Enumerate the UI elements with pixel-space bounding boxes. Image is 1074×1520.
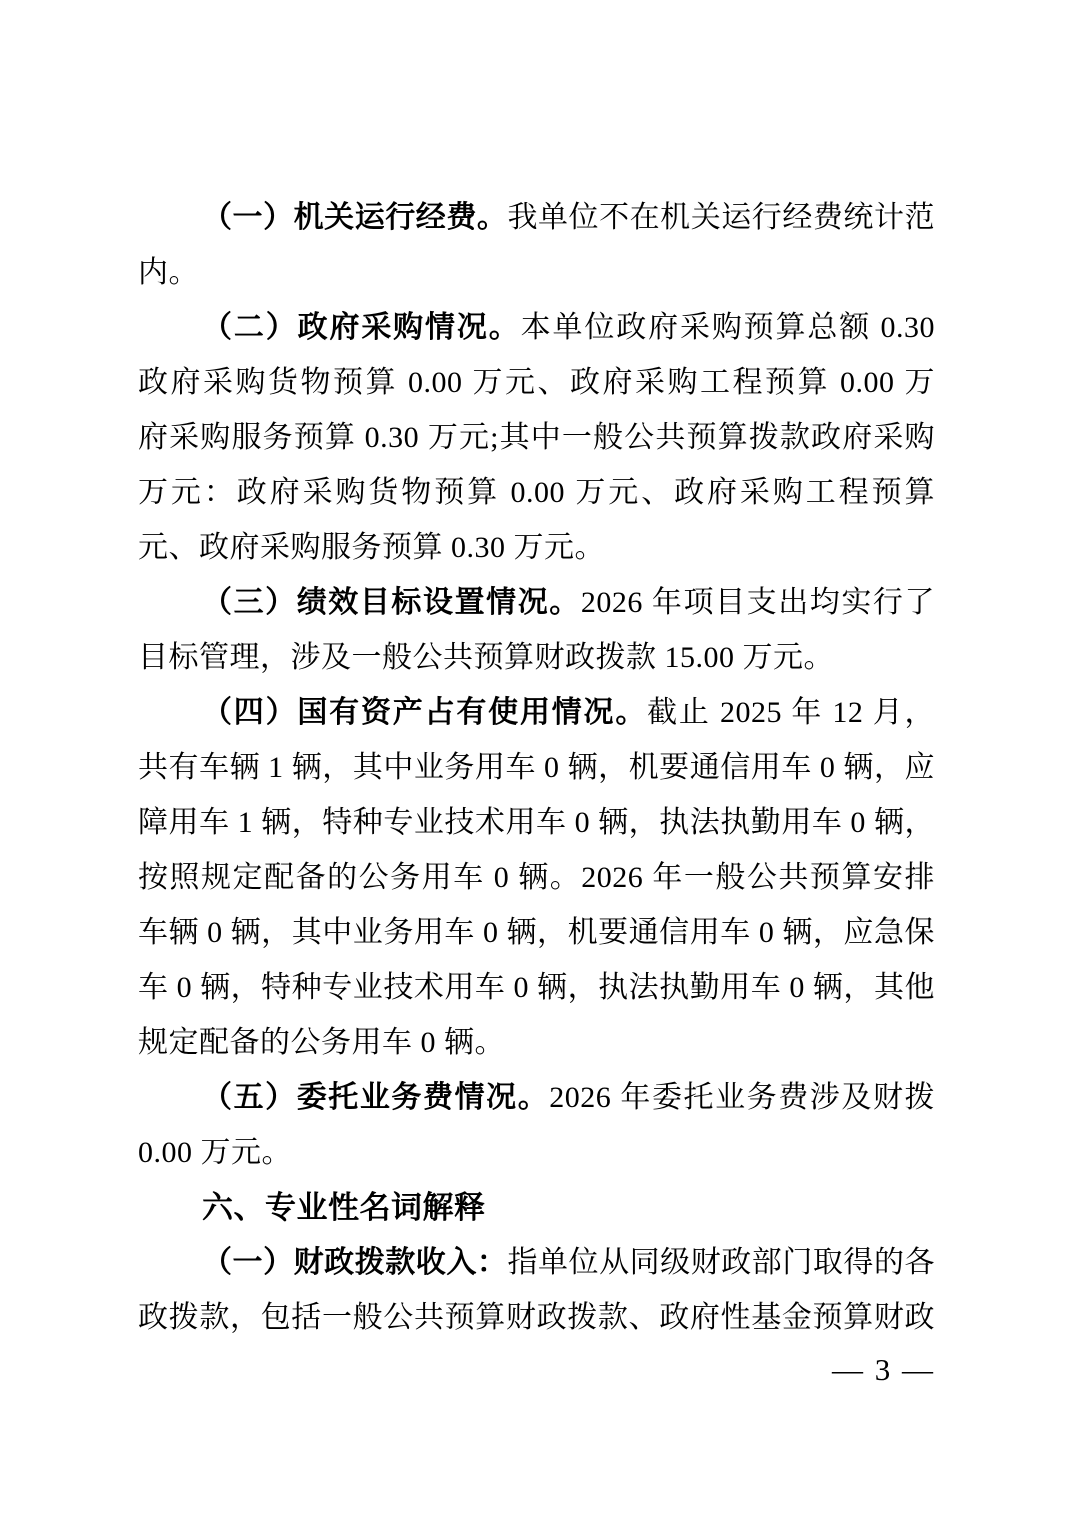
document-body: （一）机关运行经费。我单位不在机关运行经费统计范围之 内。 （二）政府采购情况。… (138, 190, 935, 1345)
line-text: 内。 (138, 256, 199, 289)
text-line: （四）国有资产占有使用情况。截止 2025 年 12 月，本单位 (138, 685, 935, 740)
text-line: 目标管理，涉及一般公共预算财政拨款 15.00 万元。 (138, 630, 935, 685)
text-line: 障用车 1 辆，特种专业技术用车 0 辆，执法执勤用车 0 辆，其他 (138, 795, 935, 850)
text-line: 万元：政府采购货物预算 0.00 万元、政府采购工程预算 0.00 万 (138, 465, 935, 520)
text-line: 共有车辆 1 辆，其中业务用车 0 辆，机要通信用车 0 辆，应急保 (138, 740, 935, 795)
text-line: （一）财政拨款收入：指单位从同级财政部门取得的各类财 (138, 1235, 935, 1290)
text-line: 规定配备的公务用车 0 辆。 (138, 1015, 935, 1070)
section-lead: （三）绩效目标设置情况。 (202, 586, 581, 619)
line-text: 府采购服务预算 0.30 万元;其中一般公共预算拨款政府采购 0.30 (138, 421, 935, 465)
line-text: 0.00 万元。 (138, 1136, 292, 1169)
section-heading: 六、专业性名词解释 (138, 1180, 935, 1235)
section-lead: （一）财政拨款收入： (202, 1246, 507, 1279)
line-text: 车辆 0 辆，其中业务用车 0 辆，机要通信用车 0 辆，应急保障用 (138, 916, 935, 960)
line-text: 障用车 1 辆，特种专业技术用车 0 辆，执法执勤用车 0 辆，其他 (138, 806, 935, 850)
text-line: 元、政府采购服务预算 0.30 万元。 (138, 520, 935, 575)
text-line: 府采购服务预算 0.30 万元;其中一般公共预算拨款政府采购 0.30 (138, 410, 935, 465)
text-line: （三）绩效目标设置情况。2026 年项目支出均实行了绩效 (138, 575, 935, 630)
page-number: — 3 — (832, 1350, 935, 1390)
line-text: 共有车辆 1 辆，其中业务用车 0 辆，机要通信用车 0 辆，应急保 (138, 751, 935, 795)
line-text: 车 0 辆，特种专业技术用车 0 辆，执法执勤用车 0 辆，其他按照 (138, 971, 935, 1015)
section-lead: （四）国有资产占有使用情况。 (202, 696, 647, 729)
text-line: （五）委托业务费情况。2026 年委托业务费涉及财拨资金 (138, 1070, 935, 1125)
line-text: 元、政府采购服务预算 0.30 万元。 (138, 531, 605, 564)
line-text: 目标管理，涉及一般公共预算财政拨款 15.00 万元。 (138, 641, 834, 674)
text-line: 按照规定配备的公务用车 0 辆。2026 年一般公共预算安排购置 (138, 850, 935, 905)
line-text: 政府采购货物预算 0.00 万元、政府采购工程预算 0.00 万元、政 (138, 366, 935, 410)
document-page: （一）机关运行经费。我单位不在机关运行经费统计范围之 内。 （二）政府采购情况。… (0, 0, 1074, 1520)
section-lead: （五）委托业务费情况。 (202, 1081, 549, 1114)
line-text: 万元：政府采购货物预算 0.00 万元、政府采购工程预算 0.00 万 (138, 476, 935, 520)
line-text: 按照规定配备的公务用车 0 辆。2026 年一般公共预算安排购置 (138, 861, 935, 905)
text-line: （二）政府采购情况。本单位政府采购预算总额 0.30 万元： (138, 300, 935, 355)
section-lead: （二）政府采购情况。 (202, 311, 521, 344)
text-line: 0.00 万元。 (138, 1125, 935, 1180)
text-line: 政拨款，包括一般公共预算财政拨款、政府性基金预算财政拨款、 (138, 1290, 935, 1345)
text-line: 内。 (138, 245, 935, 300)
text-line: （一）机关运行经费。我单位不在机关运行经费统计范围之 (138, 190, 935, 245)
text-line: 政府采购货物预算 0.00 万元、政府采购工程预算 0.00 万元、政 (138, 355, 935, 410)
text-line: 车 0 辆，特种专业技术用车 0 辆，执法执勤用车 0 辆，其他按照 (138, 960, 935, 1015)
text-line: 车辆 0 辆，其中业务用车 0 辆，机要通信用车 0 辆，应急保障用 (138, 905, 935, 960)
line-text: 规定配备的公务用车 0 辆。 (138, 1026, 505, 1059)
section-lead: （一）机关运行经费。 (202, 201, 507, 234)
line-text: 政拨款，包括一般公共预算财政拨款、政府性基金预算财政拨款、 (138, 1301, 935, 1345)
